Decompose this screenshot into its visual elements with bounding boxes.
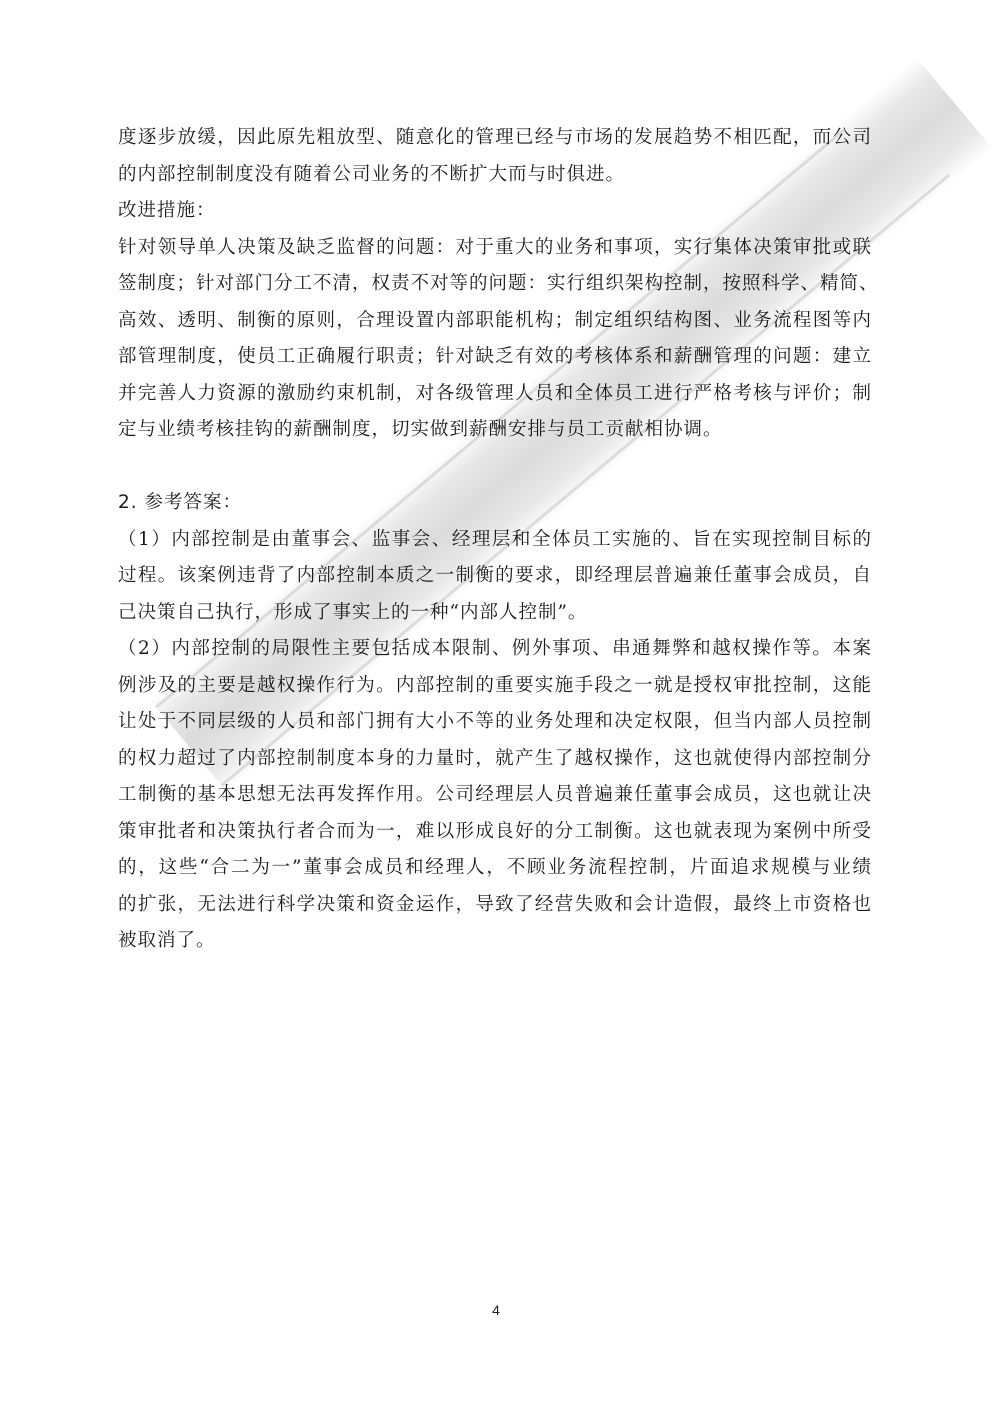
page-number: 4: [0, 1302, 992, 1318]
text-line: 己决策自己执行，形成了事实上的一种“内部人控制”。: [118, 595, 872, 632]
answer2-part2: （2）内部控制的局限性主要包括成本限制、例外事项、串通舞弊和越权操作等。本案 例…: [118, 631, 872, 960]
continuation-paragraph: 度逐步放缓，因此原先粗放型、随意化的管理已经与市场的发展趋势不相匹配，而公司 的…: [118, 120, 872, 193]
text-line: 例涉及的主要是越权操作行为。内部控制的重要实施手段之一就是授权审批控制，这能: [118, 668, 872, 705]
text-line: 的内部控制制度没有随着公司业务的不断扩大而与时俱进。: [118, 157, 872, 194]
text-line: 针对领导单人决策及缺乏监督的问题：对于重大的业务和事项，实行集体决策审批或联: [118, 230, 872, 267]
text-line: （2）内部控制的局限性主要包括成本限制、例外事项、串通舞弊和越权操作等。本案: [118, 631, 872, 668]
text-line: 度逐步放缓，因此原先粗放型、随意化的管理已经与市场的发展趋势不相匹配，而公司: [118, 120, 872, 157]
answer2-part1: （1）内部控制是由董事会、监事会、经理层和全体员工实施的、旨在实现控制目标的 过…: [118, 522, 872, 632]
text-line: 过程。该案例违背了内部控制本质之一制衡的要求，即经理层普遍兼任董事会成员，自: [118, 558, 872, 595]
text-line: 让处于不同层级的人员和部门拥有大小不等的业务处理和决定权限，但当内部人员控制: [118, 704, 872, 741]
document-page: 度逐步放缓，因此原先粗放型、随意化的管理已经与市场的发展趋势不相匹配，而公司 的…: [0, 0, 992, 1403]
paragraph-spacer: [118, 449, 872, 486]
text-line: 高效、透明、制衡的原则，合理设置内部职能机构；制定组织结构图、业务流程图等内: [118, 303, 872, 340]
text-line: 工制衡的基本思想无法再发挥作用。公司经理层人员普遍兼任董事会成员，这也就让决: [118, 777, 872, 814]
text-line: 部管理制度，使员工正确履行职责；针对缺乏有效的考核体系和薪酬管理的问题：建立: [118, 339, 872, 376]
text-line: 签制度；针对部门分工不清，权责不对等的问题：实行组织架构控制，按照科学、精简、: [118, 266, 872, 303]
document-body: 度逐步放缓，因此原先粗放型、随意化的管理已经与市场的发展趋势不相匹配，而公司 的…: [118, 120, 872, 960]
text-line: 的，这些“合二为一”董事会成员和经理人，不顾业务流程控制，片面追求规模与业绩: [118, 850, 872, 887]
improvements-heading: 改进措施：: [118, 193, 872, 230]
answer2-heading: 2. 参考答案：: [118, 485, 872, 522]
text-line: （1）内部控制是由董事会、监事会、经理层和全体员工实施的、旨在实现控制目标的: [118, 522, 872, 559]
text-line: 并完善人力资源的激励约束机制，对各级管理人员和全体员工进行严格考核与评价；制: [118, 376, 872, 413]
improvements-paragraph: 针对领导单人决策及缺乏监督的问题：对于重大的业务和事项，实行集体决策审批或联 签…: [118, 230, 872, 449]
text-line: 被取消了。: [118, 923, 872, 960]
text-line: 的权力超过了内部控制制度本身的力量时，就产生了越权操作，这也就使得内部控制分: [118, 741, 872, 778]
text-line: 的扩张，无法进行科学决策和资金运作，导致了经营失败和会计造假，最终上市资格也: [118, 887, 872, 924]
text-line: 定与业绩考核挂钩的薪酬制度，切实做到薪酬安排与员工贡献相协调。: [118, 412, 872, 449]
text-line: 策审批者和决策执行者合而为一，难以形成良好的分工制衡。这也就表现为案例中所受: [118, 814, 872, 851]
